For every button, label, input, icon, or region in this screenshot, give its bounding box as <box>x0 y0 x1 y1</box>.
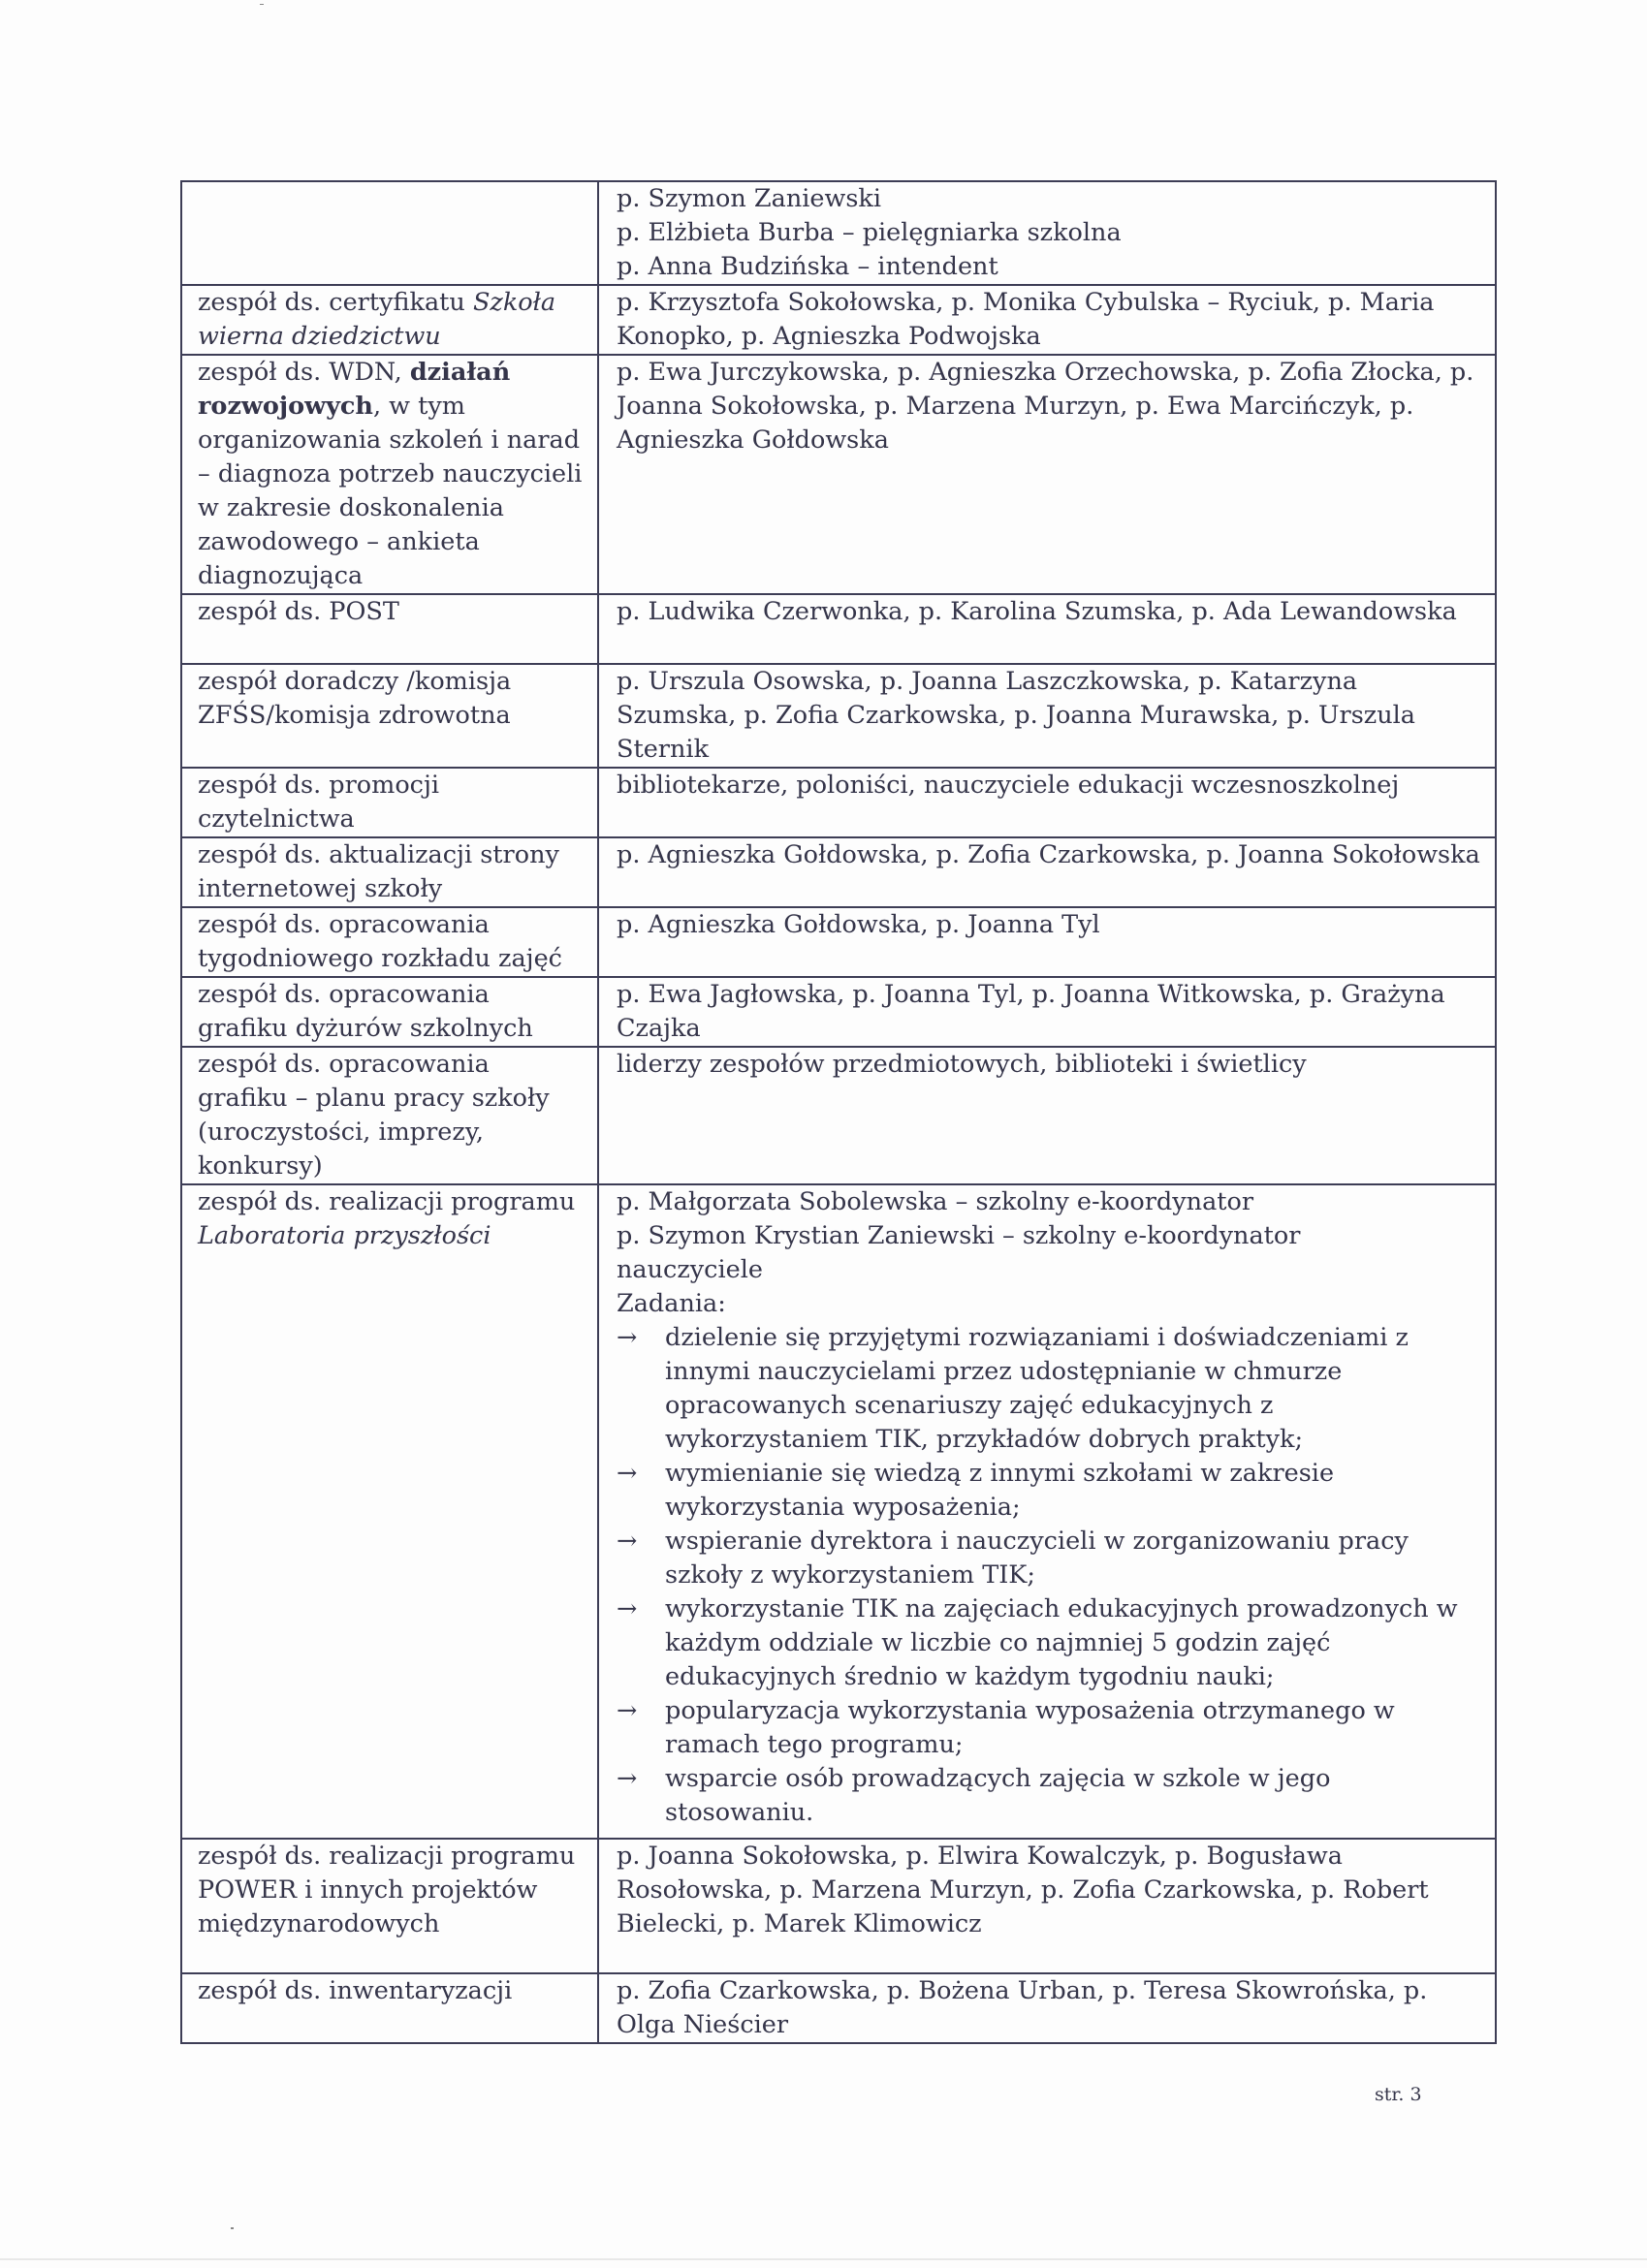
task-item: →wykorzystanie TIK na zajęciach edukacyj… <box>617 1592 1481 1694</box>
team-name-text: zespół ds. opracowania grafiku dyżurów s… <box>198 980 533 1043</box>
members-text: p. Ewa Jagłowska, p. Joanna Tyl, p. Joan… <box>617 978 1481 1046</box>
team-members-cell: p. Ewa Jurczykowska, p. Agnieszka Orzech… <box>598 355 1496 594</box>
team-name-text: zespół ds. aktualizacji strony interneto… <box>198 840 559 903</box>
table-row: zespół ds. aktualizacji strony interneto… <box>181 837 1496 907</box>
team-name-cell: zespół ds. opracowania grafiku dyżurów s… <box>181 977 598 1047</box>
task-text: wspieranie dyrektora i nauczycieli w zor… <box>665 1527 1409 1590</box>
task-item: →wymienianie się wiedzą z innymi szkołam… <box>617 1457 1481 1525</box>
table-row: zespół ds. WDN, działań rozwojowych, w t… <box>181 355 1496 594</box>
team-members-cell: bibliotekarze, poloniści, nauczyciele ed… <box>598 768 1496 837</box>
team-name-text: zespół ds. opracowania tygodniowego rozk… <box>198 910 562 973</box>
team-name-cell: zespół ds. realizacji programu POWER i i… <box>181 1839 598 1973</box>
team-members-cell: p. Ludwika Czerwonka, p. Karolina Szumsk… <box>598 594 1496 664</box>
arrow-right-icon: → <box>617 1762 637 1796</box>
task-text: popularyzacja wykorzystania wyposażenia … <box>665 1696 1395 1759</box>
arrow-right-icon: → <box>617 1457 637 1491</box>
members-text: p. Zofia Czarkowska, p. Bożena Urban, p.… <box>617 1974 1481 2042</box>
table-row: zespół doradczy /komisja ZFŚS/komisja zd… <box>181 664 1496 768</box>
team-name-text: , w tym organizowania szkoleń i narad – … <box>198 392 582 590</box>
teams-table: p. Szymon Zaniewskip. Elżbieta Burba – p… <box>180 180 1497 2044</box>
team-name-cell: zespół ds. certyfikatu Szkoła wierna dzi… <box>181 285 598 355</box>
team-name-text: zespół ds. realizacji programu <box>198 1187 575 1216</box>
task-text: wymienianie się wiedzą z innymi szkołami… <box>665 1459 1334 1522</box>
team-name-cell: zespół ds. opracowania grafiku – planu p… <box>181 1047 598 1184</box>
teams-table-body: p. Szymon Zaniewskip. Elżbieta Burba – p… <box>181 181 1496 2043</box>
team-name-cell: zespół ds. POST <box>181 594 598 664</box>
team-name-text: zespół ds. realizacji programu POWER i i… <box>198 1842 575 1938</box>
scan-edge <box>0 2258 1647 2260</box>
scan-speck <box>231 2227 234 2229</box>
team-members-cell: p. Urszula Osowska, p. Joanna Laszczkows… <box>598 664 1496 768</box>
members-text: p. Ludwika Czerwonka, p. Karolina Szumsk… <box>617 595 1481 629</box>
team-name-cell: zespół ds. aktualizacji strony interneto… <box>181 837 598 907</box>
team-name-cell: zespół ds. opracowania tygodniowego rozk… <box>181 907 598 977</box>
team-name-cell: zespół doradczy /komisja ZFŚS/komisja zd… <box>181 664 598 768</box>
scan-speck <box>260 4 264 5</box>
team-name-text: zespół doradczy /komisja ZFŚS/komisja zd… <box>198 667 511 730</box>
team-members-cell: p. Joanna Sokołowska, p. Elwira Kowalczy… <box>598 1839 1496 1973</box>
team-name-cell: zespół ds. inwentaryzacji <box>181 1973 598 2043</box>
team-members-cell: p. Zofia Czarkowska, p. Bożena Urban, p.… <box>598 1973 1496 2043</box>
members-text: liderzy zespołów przedmiotowych, bibliot… <box>617 1048 1481 1082</box>
team-members-cell: p. Agnieszka Gołdowska, p. Joanna Tyl <box>598 907 1496 977</box>
team-members-cell: liderzy zespołów przedmiotowych, bibliot… <box>598 1047 1496 1184</box>
member-line: p. Szymon Zaniewski <box>617 182 1481 216</box>
members-text: p. Urszula Osowska, p. Joanna Laszczkows… <box>617 665 1481 767</box>
members-text: p. Agnieszka Gołdowska, p. Joanna Tyl <box>617 908 1481 942</box>
task-item: →wspieranie dyrektora i nauczycieli w zo… <box>617 1525 1481 1592</box>
table-row: zespół ds. promocji czytelnictwabibliote… <box>181 768 1496 837</box>
task-text: wsparcie osób prowadzących zajęcia w szk… <box>665 1764 1330 1827</box>
members-text: p. Krzysztofa Sokołowska, p. Monika Cybu… <box>617 286 1481 354</box>
member-line: p. Szymon Krystian Zaniewski – szkolny e… <box>617 1219 1481 1253</box>
task-item: →popularyzacja wykorzystania wyposażenia… <box>617 1694 1481 1762</box>
team-members-cell: p. Ewa Jagłowska, p. Joanna Tyl, p. Joan… <box>598 977 1496 1047</box>
team-name-cell: zespół ds. realizacji programu Laborator… <box>181 1184 598 1839</box>
team-name-text: zespół ds. promocji czytelnictwa <box>198 771 439 834</box>
member-line: p. Anna Budzińska – intendent <box>617 250 1481 284</box>
members-text: p. Agnieszka Gołdowska, p. Zofia Czarkow… <box>617 838 1481 872</box>
members-text: p. Joanna Sokołowska, p. Elwira Kowalczy… <box>617 1840 1481 1941</box>
team-name-cell: zespół ds. promocji czytelnictwa <box>181 768 598 837</box>
table-row: zespół ds. opracowania tygodniowego rozk… <box>181 907 1496 977</box>
member-line: Zadania: <box>617 1287 1481 1321</box>
table-row: p. Szymon Zaniewskip. Elżbieta Burba – p… <box>181 181 1496 285</box>
arrow-right-icon: → <box>617 1525 637 1559</box>
table-row: zespół ds. opracowania grafiku dyżurów s… <box>181 977 1496 1047</box>
table-row: zespół ds. realizacji programu Laborator… <box>181 1184 1496 1839</box>
table-row: zespół ds. realizacji programu POWER i i… <box>181 1839 1496 1973</box>
members-text: p. Ewa Jurczykowska, p. Agnieszka Orzech… <box>617 356 1481 457</box>
table-row: zespół ds. POSTp. Ludwika Czerwonka, p. … <box>181 594 1496 664</box>
team-name-cell: zespół ds. WDN, działań rozwojowych, w t… <box>181 355 598 594</box>
task-item: →dzielenie się przyjętymi rozwiązaniami … <box>617 1321 1481 1457</box>
team-name-text: zespół ds. POST <box>198 597 399 626</box>
arrow-right-icon: → <box>617 1321 637 1355</box>
arrow-right-icon: → <box>617 1694 637 1728</box>
member-line: p. Małgorzata Sobolewska – szkolny e-koo… <box>617 1185 1481 1219</box>
members-text: bibliotekarze, poloniści, nauczyciele ed… <box>617 769 1481 803</box>
table-row: zespół ds. opracowania grafiku – planu p… <box>181 1047 1496 1184</box>
task-list: →dzielenie się przyjętymi rozwiązaniami … <box>617 1321 1481 1830</box>
team-members-cell: p. Krzysztofa Sokołowska, p. Monika Cybu… <box>598 285 1496 355</box>
table-row: zespół ds. certyfikatu Szkoła wierna dzi… <box>181 285 1496 355</box>
task-item: →wsparcie osób prowadzących zajęcia w sz… <box>617 1762 1481 1830</box>
team-members-cell: p. Agnieszka Gołdowska, p. Zofia Czarkow… <box>598 837 1496 907</box>
team-name-text: zespół ds. opracowania grafiku – planu p… <box>198 1050 550 1181</box>
team-name-text: zespół ds. inwentaryzacji <box>198 1976 512 2005</box>
team-name-text: zespół ds. certyfikatu <box>198 288 473 317</box>
team-name-cell <box>181 181 598 285</box>
task-text: dzielenie się przyjętymi rozwiązaniami i… <box>665 1323 1409 1454</box>
page-number: str. 3 <box>1375 2084 1422 2105</box>
team-members-cell: p. Szymon Zaniewskip. Elżbieta Burba – p… <box>598 181 1496 285</box>
table-row: zespół ds. inwentaryzacjip. Zofia Czarko… <box>181 1973 1496 2043</box>
team-name-text: Laboratoria przyszłości <box>198 1221 491 1250</box>
team-name-text: zespół ds. WDN, <box>198 358 410 387</box>
member-line: p. Elżbieta Burba – pielęgniarka szkolna <box>617 216 1481 250</box>
task-text: wykorzystanie TIK na zajęciach edukacyjn… <box>665 1594 1458 1691</box>
arrow-right-icon: → <box>617 1592 637 1626</box>
document-page: p. Szymon Zaniewskip. Elżbieta Burba – p… <box>0 0 1647 2268</box>
member-line: nauczyciele <box>617 1253 1481 1287</box>
team-members-cell: p. Małgorzata Sobolewska – szkolny e-koo… <box>598 1184 1496 1839</box>
